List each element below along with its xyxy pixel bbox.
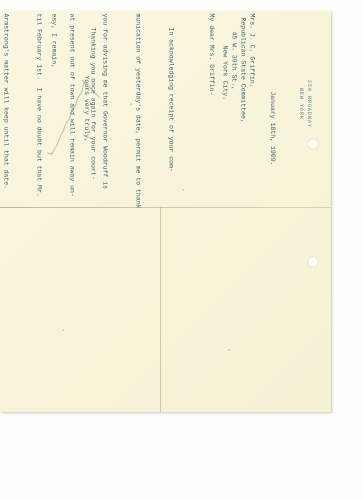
letterhead: 250 BROADWAY NEW YORK: [297, 12, 313, 197]
paper-speck: [182, 189, 184, 191]
signature-flourish: [83, 81, 100, 98]
signature-scrawl: [45, 65, 103, 265]
punch-hole: [308, 257, 318, 267]
letterhead-city-line: NEW YORK: [297, 12, 305, 197]
letterhead-address-line: 250 BROADWAY: [305, 12, 313, 197]
body-line: Armstrong's matter will keep until that …: [1, 14, 12, 209]
punch-hole: [308, 139, 318, 149]
recipient-address-block: Mrs. J. C. Griffin, Republican State Com…: [221, 14, 257, 123]
fold-crease-horizontal: [0, 207, 331, 208]
letter-paper: 250 BROADWAY NEW YORK January 18th, 1909…: [0, 11, 331, 412]
salutation: My dear Mrs. Griffin-: [208, 14, 216, 96]
paper-speck: [62, 329, 64, 331]
body-line: munication of yesterday's date, permit m…: [133, 14, 144, 209]
recipient-name: Mrs. J. C. Griffin,: [248, 14, 257, 123]
signature-icon: [48, 65, 103, 265]
signature-line: [48, 83, 85, 155]
fold-crease-vertical: [160, 207, 161, 412]
date-line: January 18th, 1909.: [269, 12, 277, 166]
recipient-street: 45 W. 39th St.,: [230, 32, 239, 123]
paper-speck: [130, 103, 132, 105]
body-line: In acknowledging receipt of your com-: [166, 28, 177, 209]
scanned-letter-page: { "letter": { "letterhead": { "line1": "…: [0, 0, 363, 500]
letter-content-rotated: 250 BROADWAY NEW YORK January 18th, 1909…: [1, 12, 332, 413]
paper-speck: [228, 349, 230, 351]
recipient-organization: Republican State Committee,: [239, 18, 248, 123]
recipient-city: New York City.: [221, 46, 230, 123]
